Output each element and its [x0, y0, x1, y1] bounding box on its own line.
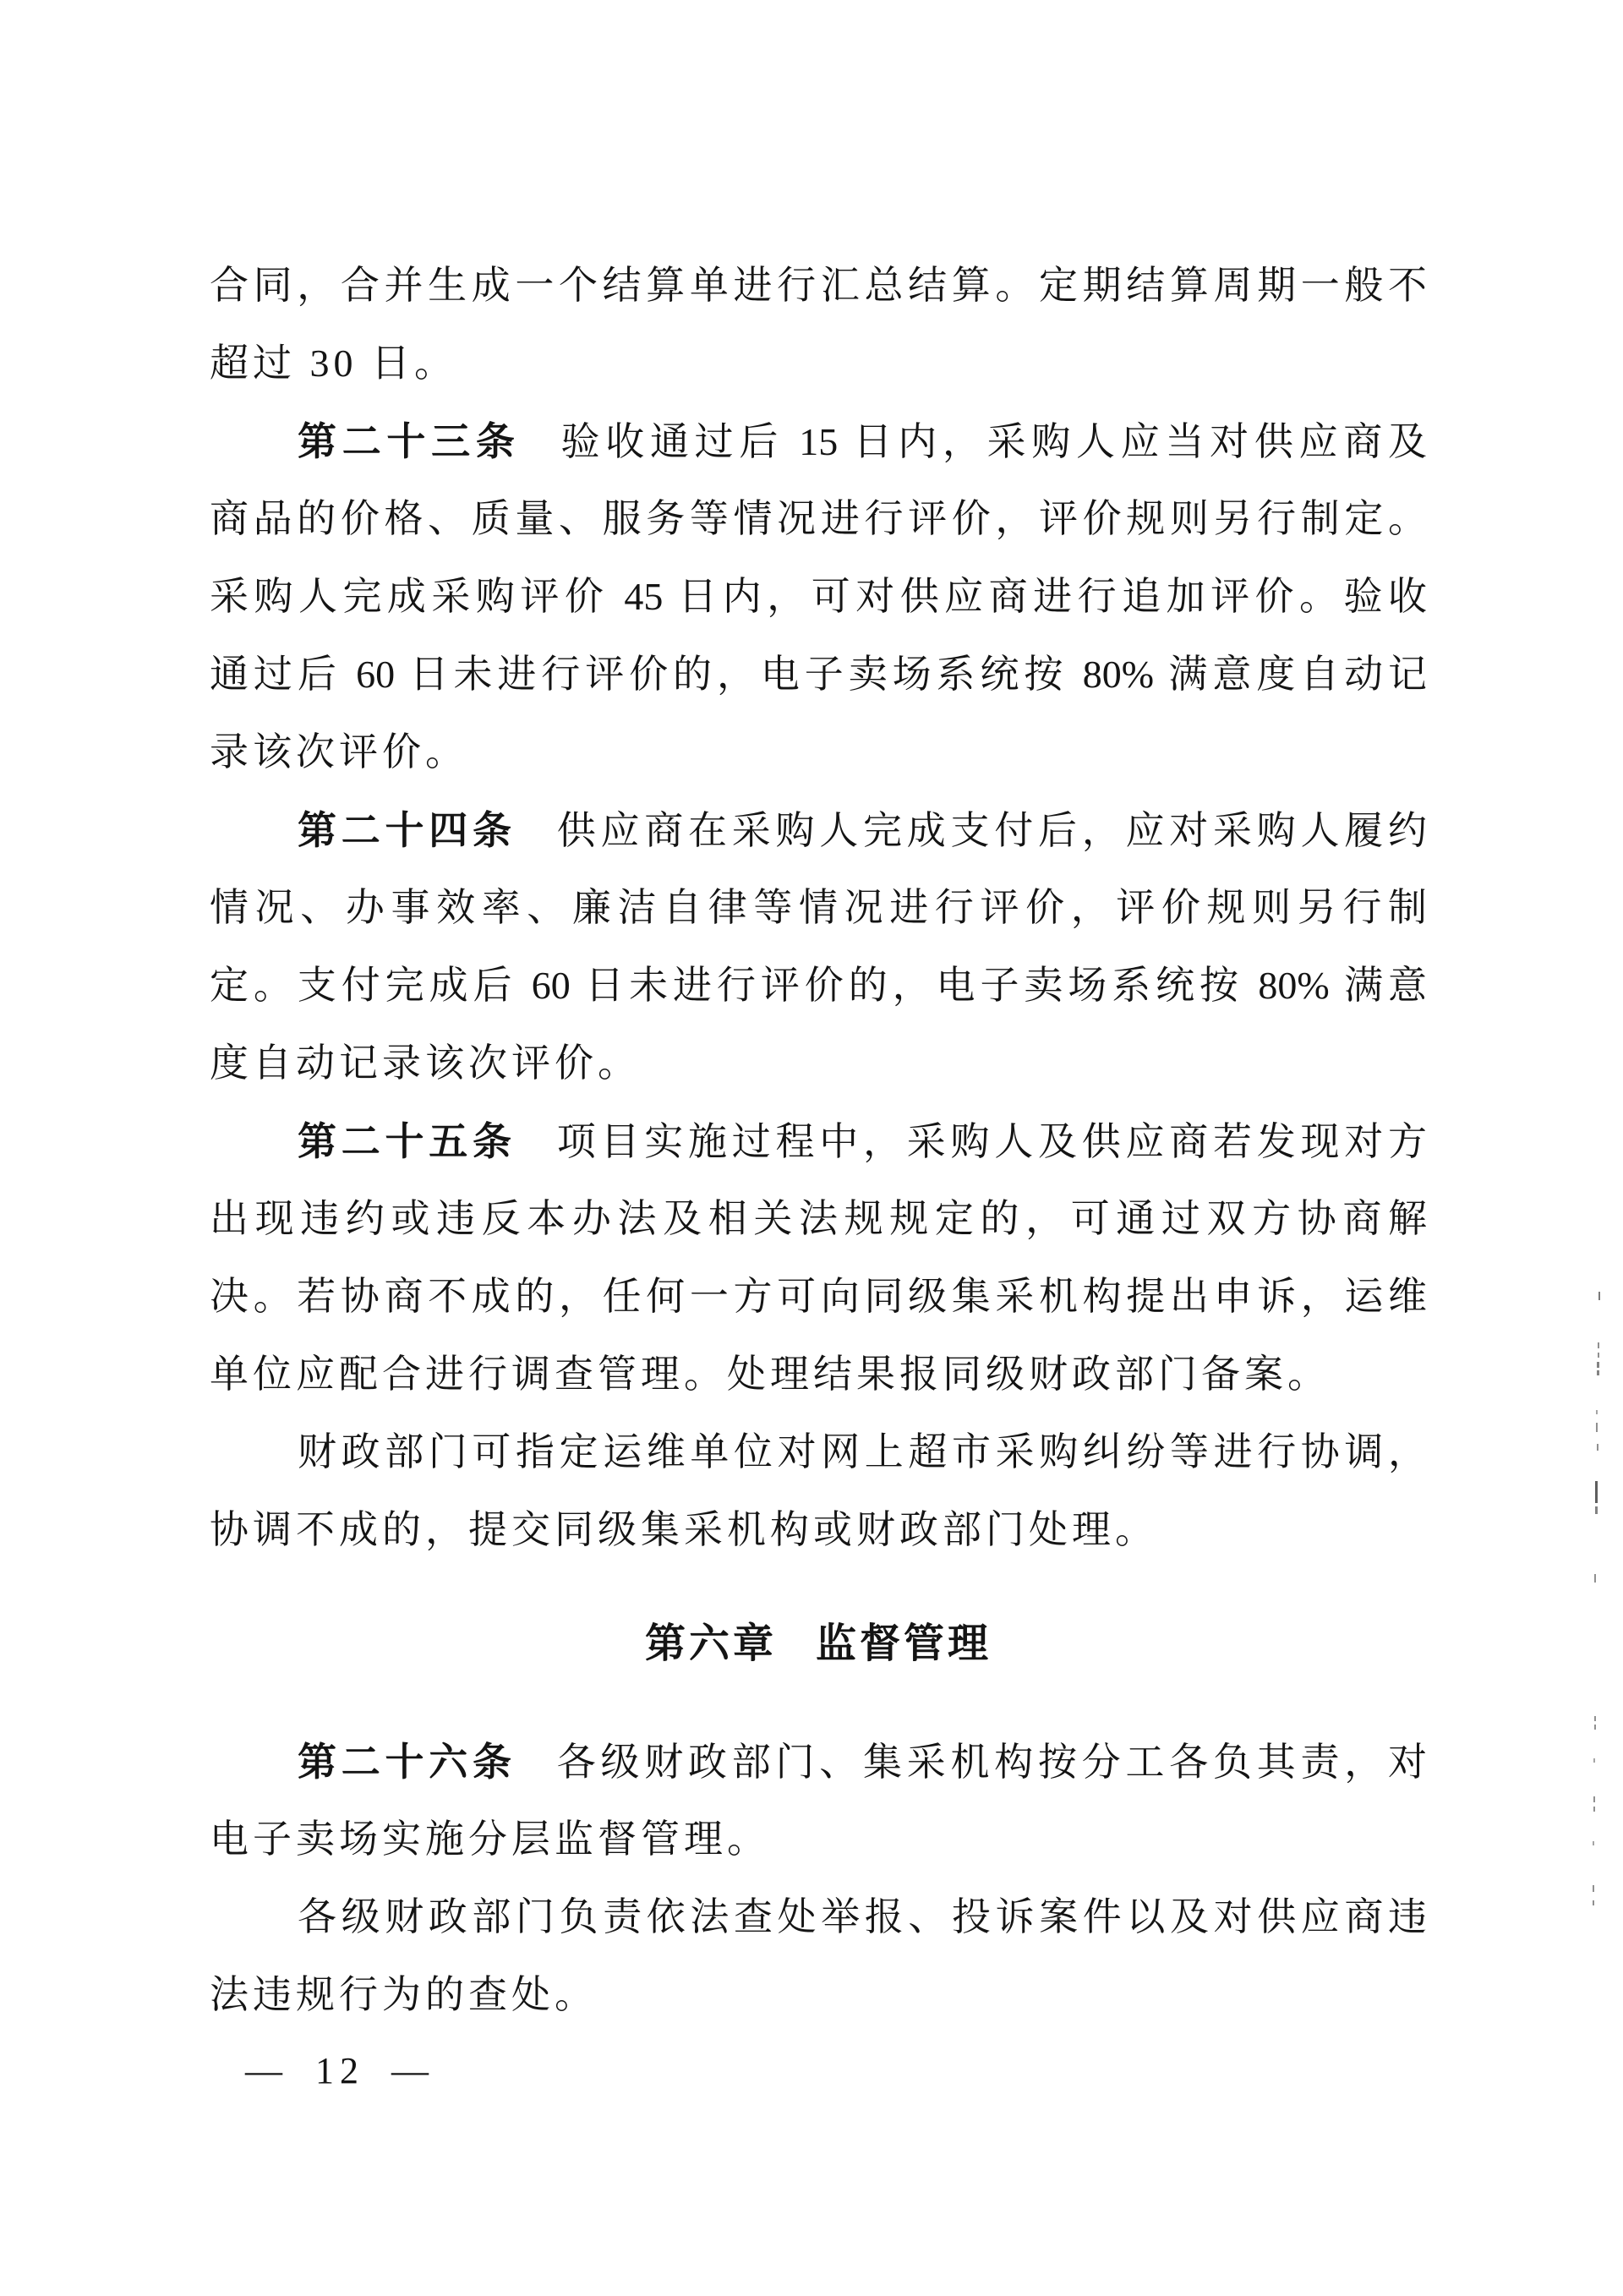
scan-artifact: [1594, 1574, 1596, 1583]
scan-artifact: [1597, 1362, 1599, 1368]
document-page: 合同，合并生成一个结算单进行汇总结算。定期结算周期一般不 超过 30 日。 第二…: [0, 0, 1623, 2296]
text-line: 财政部门可指定运维单位对网上超市采购纠纷等进行协调，: [210, 1413, 1427, 1491]
text-line: 决。若协商不成的，任何一方可向同级集采机构提出申诉，运维: [210, 1258, 1427, 1336]
document-text-block: 合同，合并生成一个结算单进行汇总结算。定期结算周期一般不 超过 30 日。 第二…: [210, 247, 1427, 2034]
scan-artifact: [1597, 1370, 1599, 1375]
text-line: 通过后 60 日未进行评价的，电子卖场系统按 80% 满意度自动记: [210, 636, 1427, 713]
article-number: 第二十五条: [298, 1119, 516, 1163]
line-text: 供应商在采购人完成支付后，应对采购人履约: [557, 809, 1427, 852]
scan-artifact: [1593, 1796, 1595, 1802]
scan-artifact: [1595, 1481, 1598, 1503]
scan-artifact: [1596, 1410, 1598, 1414]
text-line: 电子卖场实施分层监督管理。: [210, 1801, 1427, 1878]
text-line: 采购人完成采购评价 45 日内，可对供应商进行追加评价。验收: [210, 558, 1427, 636]
text-line: 合同，合并生成一个结算单进行汇总结算。定期结算周期一般不: [210, 247, 1427, 325]
chapter-title: 监督管理: [816, 1621, 992, 1666]
text-line: 超过 30 日。: [210, 325, 1427, 402]
line-text: 各级财政部门、集采机构按分工各负其责，对: [557, 1741, 1427, 1784]
scan-artifact: [1598, 1292, 1600, 1300]
text-line: 录该次评价。: [210, 713, 1427, 791]
text-line: 协调不成的，提交同级集采机构或财政部门处理。: [210, 1491, 1427, 1569]
scan-artifact: [1593, 1885, 1594, 1892]
article-number: 第二十三条: [298, 419, 521, 463]
page-number-value: 12: [315, 2050, 364, 2091]
scan-artifact: [1598, 1342, 1599, 1348]
text-line: 商品的价格、质量、服务等情况进行评价，评价规则另行制定。: [210, 480, 1427, 558]
article-line: 第二十五条项目实施过程中，采购人及供应商若发现对方: [210, 1102, 1427, 1180]
scan-artifact: [1593, 1807, 1595, 1812]
article-line: 第二十三条验收通过后 15 日内，采购人应当对供应商及: [210, 402, 1427, 480]
scan-artifact: [1594, 1725, 1596, 1730]
page-number-dash-left: —: [245, 2050, 288, 2091]
text-line: 定。支付完成后 60 日未进行评价的，电子卖场系统按 80% 满意: [210, 947, 1427, 1025]
text-line: 单位应配合进行调查管理。处理结果报同级财政部门备案。: [210, 1336, 1427, 1413]
article-number: 第二十六条: [298, 1740, 516, 1784]
text-line: 各级财政部门负责依法查处举报、投诉案件以及对供应商违: [210, 1878, 1427, 1956]
article-line: 第二十四条供应商在采购人完成支付后，应对采购人履约: [210, 791, 1427, 869]
scan-artifact: [1598, 1353, 1599, 1358]
chapter-heading: 第六章监督管理: [210, 1605, 1427, 1683]
line-text: 项目实施过程中，采购人及供应商若发现对方: [557, 1120, 1427, 1163]
scan-artifact: [1596, 1423, 1598, 1432]
scan-artifact: [1593, 1758, 1595, 1763]
text-line: 出现违约或违反本办法及相关法规规定的，可通过双方协商解: [210, 1180, 1427, 1258]
page-number-dash-right: —: [391, 2050, 434, 2091]
line-text: 验收通过后 15 日内，采购人应当对供应商及: [561, 420, 1427, 463]
scan-artifact: [1597, 1444, 1598, 1451]
text-line: 度自动记录该次评价。: [210, 1025, 1427, 1102]
chapter-number: 第六章: [645, 1621, 777, 1666]
scan-artifact: [1594, 1716, 1596, 1721]
article-number: 第二十四条: [298, 808, 516, 852]
article-line: 第二十六条各级财政部门、集采机构按分工各负其责，对: [210, 1723, 1427, 1801]
text-line: 法违规行为的查处。: [210, 1956, 1427, 2034]
scan-artifact: [1595, 1506, 1598, 1514]
scan-artifact: [1593, 1900, 1594, 1905]
scan-artifact: [1593, 1841, 1594, 1845]
page-number: — 12 —: [245, 2032, 434, 2110]
text-line: 情况、办事效率、廉洁自律等情况进行评价，评价规则另行制: [210, 869, 1427, 947]
